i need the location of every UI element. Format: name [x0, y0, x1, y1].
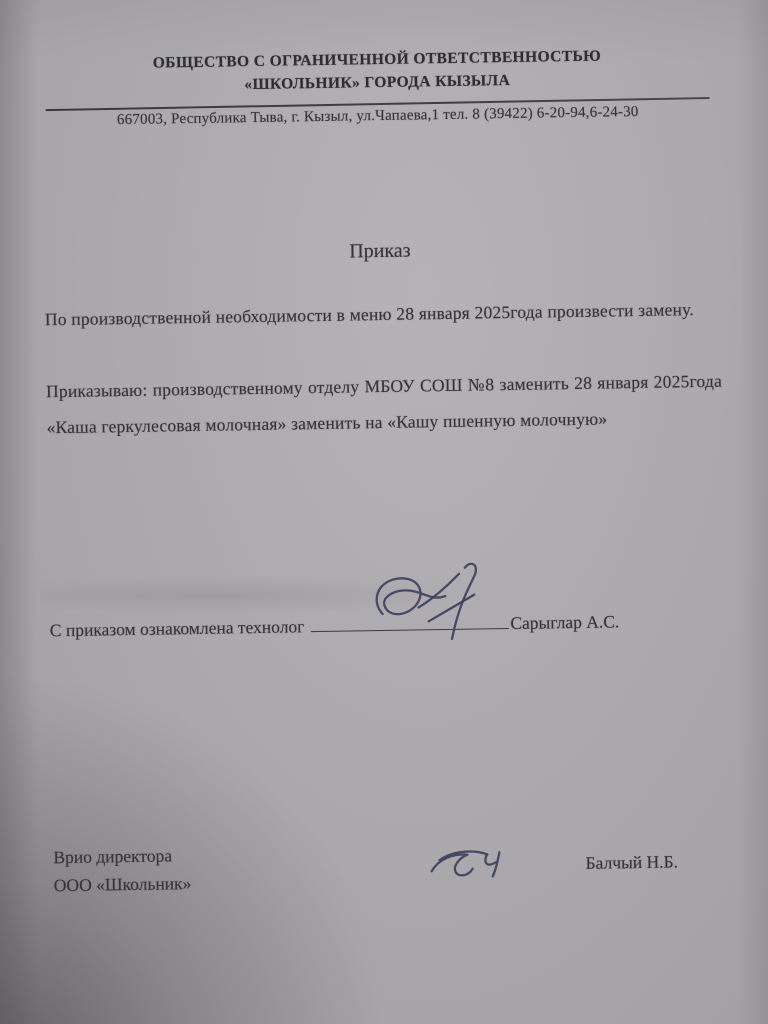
technologist-signature [361, 558, 512, 646]
order-paragraph-1: По производственной необходимости в меню… [45, 291, 721, 338]
director-position: Врио директора ООО «Школьник» [53, 841, 191, 899]
signature-line [310, 610, 508, 632]
document-photo: ОБЩЕСТВО С ОГРАНИЧЕННОЙ ОТВЕТСТВЕННОСТЬЮ… [0, 0, 768, 1024]
director-name: Балчый Н.Б. [585, 851, 678, 873]
technologist-name: Сарыглар А.С. [510, 611, 619, 633]
acknowledgement-label: С приказом ознакомлена технолог [50, 616, 305, 640]
document-title: Приказ [0, 234, 764, 269]
order-paragraph-2: Приказываю: производственному отделу МБО… [46, 363, 723, 446]
director-position-line1: Врио директора [53, 841, 191, 871]
acknowledgement-row: С приказом ознакомлена технолог Сарыглар… [50, 607, 730, 642]
organization-address: 667003, Республика Тыва, г. Кызыл, ул.Ча… [0, 102, 762, 131]
letterhead: ОБЩЕСТВО С ОГРАНИЧЕННОЙ ОТВЕТСТВЕННОСТЬЮ… [0, 42, 762, 131]
director-position-line2: ООО «Школьник» [54, 869, 192, 899]
document-page: ОБЩЕСТВО С ОГРАНИЧЕННОЙ ОТВЕТСТВЕННОСТЬЮ… [0, 0, 768, 1024]
director-signature [423, 840, 516, 889]
